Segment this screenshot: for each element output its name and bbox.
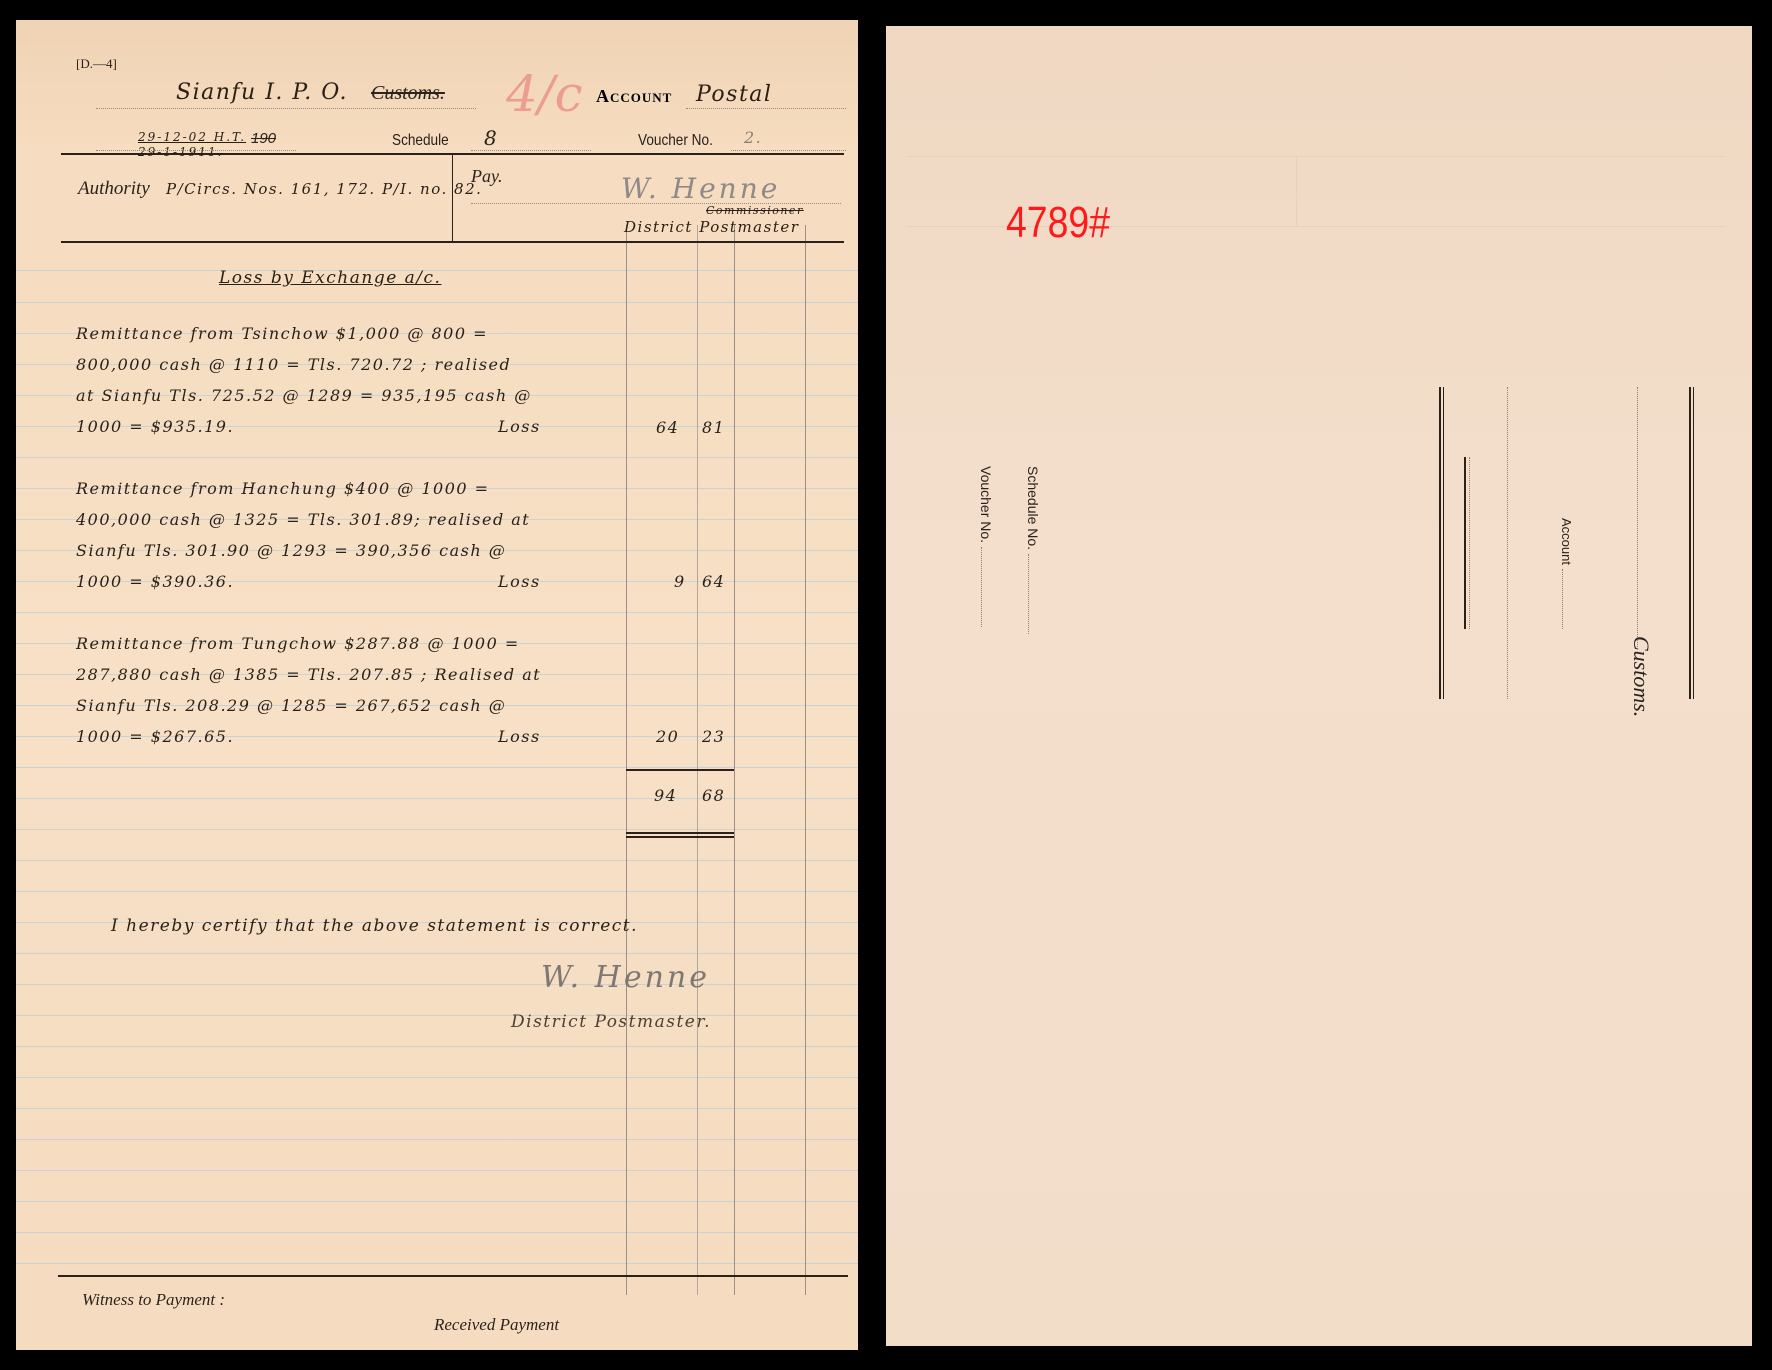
entry-line: 800,000 cash @ 1110 = Tls. 720.72 ; real…	[76, 355, 511, 374]
authority-value: P/Circs. Nos. 161, 172. P/I. no. 82.	[166, 180, 482, 198]
schedule-no-label: Schedule No.	[1025, 466, 1041, 634]
schedule-value: 8	[484, 126, 498, 150]
loss-label: Loss	[498, 727, 541, 746]
schedule-label: Schedule	[392, 132, 449, 150]
loss-label: Loss	[498, 417, 541, 436]
pay-signature: W. Henne	[621, 172, 780, 205]
account-value: Postal	[696, 82, 772, 107]
schedule-no-text: Schedule No.	[1025, 466, 1041, 550]
total-double-rule-1	[626, 832, 734, 834]
date-line-2: 29-1-1911.	[138, 145, 223, 159]
entry-line: 1000 = $935.19.	[76, 417, 234, 436]
statement-title: Loss by Exchange a/c.	[219, 268, 441, 288]
form-code: [D.—4]	[76, 56, 117, 72]
authority-divider	[452, 155, 453, 241]
amount-dollars: 64	[656, 418, 679, 437]
entry-line: 1000 = $390.36.	[76, 572, 234, 591]
entry-line: Remittance from Tungchow $287.88 @ 1000 …	[76, 634, 520, 653]
total-dollars: 94	[654, 786, 677, 805]
voucher-back-page: 4789# Voucher No. Schedule No. Account C…	[886, 26, 1752, 1346]
stock-number-label: 4789#	[1006, 198, 1110, 248]
total-rule	[626, 769, 734, 771]
year-struck: 190	[251, 130, 276, 147]
amount-cents: 64	[702, 572, 725, 591]
entry-line: 400,000 cash @ 1325 = Tls. 301.89; reali…	[76, 510, 530, 529]
authority-label: Authority	[78, 178, 150, 200]
total-cents: 68	[702, 786, 725, 805]
entry-line: Remittance from Tsinchow $1,000 @ 800 =	[76, 324, 488, 343]
double-rule-right-2	[1693, 387, 1694, 699]
certification-signature: W. Henne	[541, 960, 710, 995]
witness-label: Witness to Payment :	[82, 1290, 225, 1310]
voucher-value: 2.	[744, 128, 762, 147]
account-label: Account	[1559, 518, 1574, 629]
date-line-1: 29-12-02 H.T.	[138, 130, 246, 144]
voucher-label: Voucher No.	[638, 132, 713, 150]
amount-dollars: 9	[674, 572, 686, 591]
title-struck: Commissioner	[706, 204, 804, 217]
entry-line: Remittance from Hanchung $400 @ 1000 =	[76, 479, 490, 498]
station-name: Sianfu I. P. O.	[176, 80, 348, 105]
entry-line: Sianfu Tls. 301.90 @ 1293 = 390,356 cash…	[76, 541, 506, 560]
entry-line: 1000 = $267.65.	[76, 727, 234, 746]
red-pencil-mark: 4/c	[506, 65, 583, 123]
account-label: Account	[596, 86, 672, 107]
loss-label: Loss	[498, 572, 541, 591]
received-payment-label: Received Payment	[434, 1315, 559, 1335]
certification-title: District Postmaster.	[511, 1012, 711, 1032]
account-text: Account	[1559, 518, 1574, 565]
entry-line: 287,880 cash @ 1385 = Tls. 207.85 ; Real…	[76, 665, 541, 684]
footer-rule	[58, 1275, 848, 1277]
header-rule-bottom	[61, 241, 844, 243]
double-rule-left-2	[1443, 387, 1444, 699]
amount-cents: 81	[702, 418, 725, 437]
pay-label: Pay.	[471, 166, 503, 187]
double-rule-left-1	[1439, 387, 1441, 699]
short-rule	[1464, 457, 1466, 629]
voucher-no-text: Voucher No.	[978, 466, 994, 543]
total-double-rule-2	[626, 836, 734, 838]
voucher-front-page: [D.—4] Sianfu I. P. O. Customs. 4/c Acco…	[16, 20, 858, 1350]
customs-label: Customs.	[1628, 636, 1654, 717]
service-struck: Customs.	[371, 82, 445, 105]
amount-cents: 23	[702, 727, 725, 746]
amount-dollars: 20	[656, 727, 679, 746]
entry-line: Sianfu Tls. 208.29 @ 1285 = 267,652 cash…	[76, 696, 506, 715]
certification-statement: I hereby certify that the above statemen…	[111, 916, 638, 936]
entry-line: at Sianfu Tls. 725.52 @ 1289 = 935,195 c…	[76, 386, 532, 405]
voucher-no-label: Voucher No.	[978, 466, 994, 627]
signatory-title: District Postmaster	[624, 218, 799, 236]
double-rule-right-1	[1689, 387, 1691, 699]
